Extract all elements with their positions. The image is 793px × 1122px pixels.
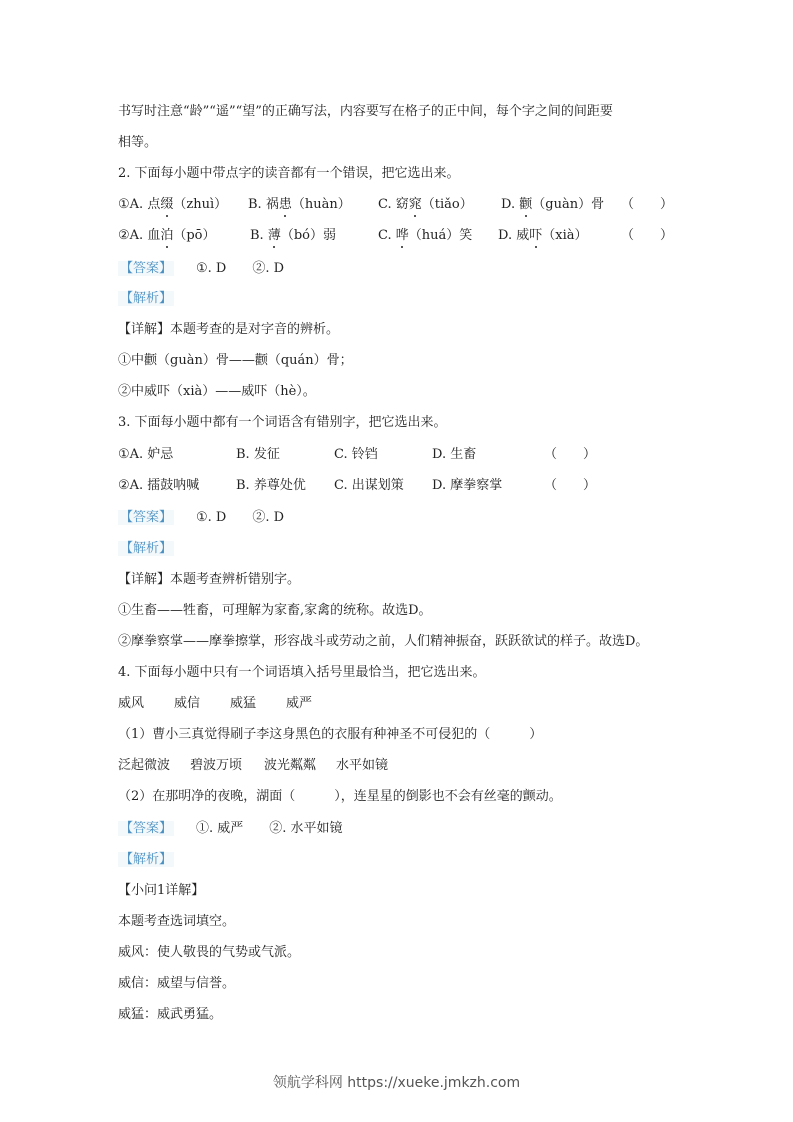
detail-line: 【详解】本题考查辨析错别字。 xyxy=(118,572,300,588)
detail-line: ①中颧（guàn）骨——颧（quán）骨； xyxy=(118,353,353,369)
answer-value: ①. D ②. D xyxy=(196,261,284,276)
answer-line: 【答案】①. 威严 ②. 水平如镜 xyxy=(118,821,343,837)
detail-line: ②中威吓（xià）——威吓（hè）。 xyxy=(118,384,316,400)
sentence-2: （2）在那明净的夜晚，湖面（ ），连星星的倒影也不会有丝毫的颤动。 xyxy=(118,789,562,805)
answer-blank: （ ） xyxy=(621,228,673,244)
text-line: 书写时注意“龄”“遥”“望”的正确写法，内容要写在格子的正中间，每个字之间的间距… xyxy=(118,104,613,120)
answer-label: 【答案】 xyxy=(118,821,174,836)
question-3-title: 3. 下面每小题中都有一个词语含有错别字，把它选出来。 xyxy=(118,415,447,431)
analysis-line: 【解析】 xyxy=(118,541,174,557)
answer-label: 【答案】 xyxy=(118,261,174,276)
answer-line: 【答案】①. D ②. D xyxy=(118,510,284,526)
question-3-row-2: ②A. 擂鼓呐喊B. 养尊处优C. 出谋划策D. 摩拳察掌（ ） xyxy=(118,478,596,494)
detail-line: 【详解】本题考查的是对字音的辨析。 xyxy=(118,322,339,338)
analysis-line: 【解析】 xyxy=(118,852,174,868)
analysis-label: 【解析】 xyxy=(118,291,174,306)
detail-line: ②摩拳察掌——摩拳擦掌，形容战斗或劳动之前，人们精神振奋，跃跃欲试的样子。故选D… xyxy=(118,634,648,650)
answer-line: 【答案】①. D ②. D xyxy=(118,261,284,277)
word-choices-1: 威风威信威猛威严 xyxy=(118,696,312,712)
question-4-title: 4. 下面每小题中只有一个词语填入括号里最恰当，把它选出来。 xyxy=(118,665,486,681)
footer-watermark: 领航学科网 https://xueke.jmkzh.com xyxy=(0,1072,793,1092)
sentence-1: （1）曹小三真觉得刷子李这身黑色的衣服有种神圣不可侵犯的（ ） xyxy=(118,727,542,743)
word-choices-2: 泛起微波碧波万顷波光粼粼水平如镜 xyxy=(118,758,388,774)
analysis-label: 【解析】 xyxy=(118,852,174,867)
analysis-line: 【解析】 xyxy=(118,291,174,307)
detail-line: ①生畜——牲畜，可理解为家畜,家禽的统称。故选D。 xyxy=(118,603,432,619)
sub-question-label: 【小问1详解】 xyxy=(118,883,204,899)
analysis-label: 【解析】 xyxy=(118,541,174,556)
question-3-row-1: ①A. 妒忌B. 发征C. 铃铛D. 生畜（ ） xyxy=(118,447,596,463)
answer-value: ①. D ②. D xyxy=(196,510,284,525)
detail-line: 威风：使人敬畏的气势或气派。 xyxy=(118,945,300,961)
question-2-row-1: ①A. 点缀（zhuì）B. 祸患（huàn）C. 窈窕（tiǎo）D. 颧（g… xyxy=(118,197,673,213)
answer-value: ①. 威严 ②. 水平如镜 xyxy=(196,821,343,836)
answer-label: 【答案】 xyxy=(118,510,174,525)
question-2-row-2: ②A. 血泊（pō）B. 薄（bó）弱C. 哗（huá）笑D. 威吓（xià）（… xyxy=(118,228,673,244)
detail-line: 本题考查选词填空。 xyxy=(118,914,235,930)
text-line: 相等。 xyxy=(118,135,157,151)
detail-line: 威信：威望与信誉。 xyxy=(118,976,235,992)
detail-line: 威猛：威武勇猛。 xyxy=(118,1007,222,1023)
answer-blank: （ ） xyxy=(621,197,673,213)
question-2-title: 2. 下面每小题中带点字的读音都有一个错误，把它选出来。 xyxy=(118,166,460,182)
